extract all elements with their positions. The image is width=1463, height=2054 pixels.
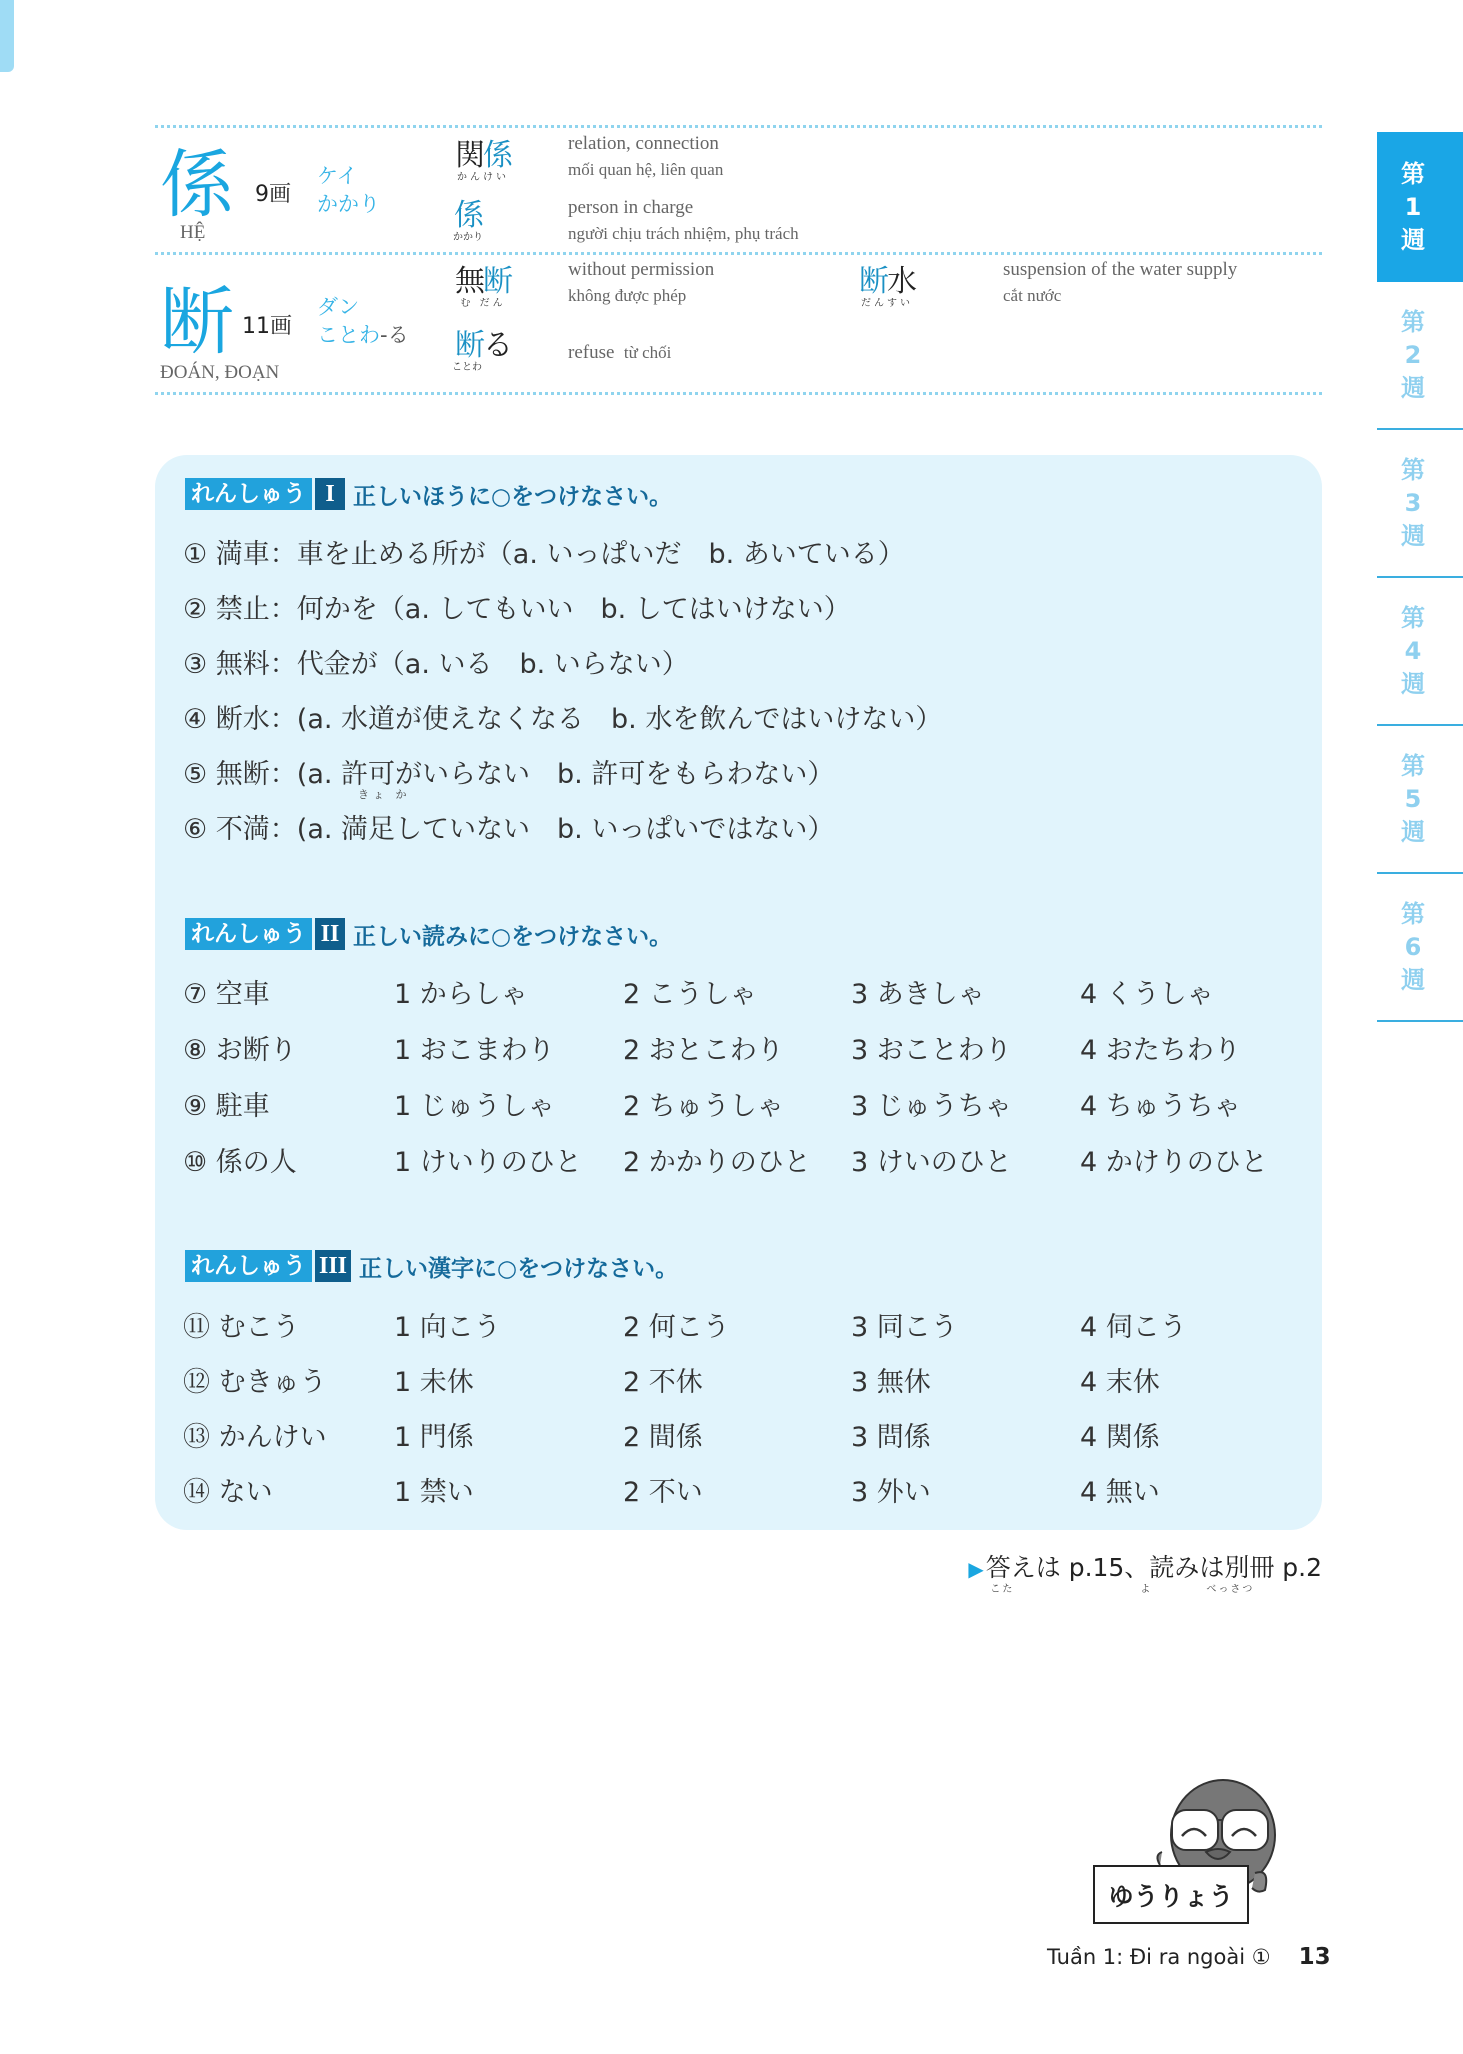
option[interactable]: 2 かかりのひと (623, 1140, 811, 1179)
option[interactable]: 2 間係 (623, 1415, 703, 1454)
renshuu-badge: れんしゅう (185, 918, 312, 950)
option[interactable]: 1 未休 (394, 1360, 474, 1399)
question-row-9: ⑨ 駐車 1 じゅうしゃ 2 ちゅうしゃ 3 じゅうちゃ 4 ちゅうちゃ (183, 1084, 1303, 1124)
kun-reading: かかり (317, 190, 380, 218)
option[interactable]: 3 けいのひと (851, 1140, 1012, 1179)
question-label: ⑨ 駐車 (183, 1084, 270, 1123)
option[interactable]: 2 不い (623, 1470, 703, 1509)
ruby: だんすい (852, 298, 922, 310)
on-reading: ダン (317, 293, 409, 321)
question-row-7: ⑦ 空車 1 からしゃ 2 こうしゃ 3 あきしゃ 4 くうしゃ (183, 972, 1303, 1012)
question-row-8: ⑧ お断り 1 おこまわり 2 おとこわり 3 おことわり 4 おたちわり (183, 1028, 1303, 1068)
dotted-divider (155, 392, 1322, 395)
option[interactable]: 3 外い (851, 1470, 931, 1509)
section-header-1: れんしゅう I 正しいほうに○をつけなさい。 (185, 478, 672, 510)
question-label: ⑦ 空車 (183, 972, 270, 1011)
option[interactable]: 4 伺こう (1080, 1305, 1187, 1344)
question-row-13: ⑬ かんけい 1 門係 2 間係 3 問係 4 関係 (183, 1415, 1303, 1455)
option[interactable]: 2 ちゅうしゃ (623, 1084, 784, 1123)
vocab-gloss: refuse từ chối (568, 340, 671, 366)
option[interactable]: 3 同こう (851, 1305, 958, 1344)
page-footer: Tuần 1: Đi ra ngoài ①13 (1047, 1944, 1331, 1970)
vocab-gloss: person in charge người chịu trách nhiệm,… (568, 195, 799, 247)
option[interactable]: 2 おとこわり (623, 1028, 784, 1067)
question-row-14: ⑭ ない 1 禁い 2 不い 3 外い 4 無い (183, 1470, 1303, 1510)
tab-week-2[interactable]: 第 2 週 (1377, 282, 1463, 430)
roman-numeral-badge: I (315, 478, 345, 510)
option[interactable]: 3 無休 (851, 1360, 931, 1399)
question-row-12: ⑫ むきゅう 1 未休 2 不休 3 無休 4 末休 (183, 1360, 1303, 1400)
dotted-divider (155, 125, 1322, 128)
mascot-sign: ゆうりょう (1093, 1865, 1249, 1924)
vocab-gloss: relation, connection mối quan hệ, liên q… (568, 131, 723, 183)
stroke-count: 11画 (242, 309, 292, 340)
option[interactable]: 4 ちゅうちゃ (1080, 1084, 1241, 1123)
option[interactable]: 4 末休 (1080, 1360, 1160, 1399)
roman-numeral-badge: III (315, 1250, 351, 1282)
question-label: ⑧ お断り (183, 1028, 297, 1067)
on-reading: ケイ (317, 162, 380, 190)
triangle-right-icon: ▶ (968, 1557, 983, 1581)
hanviet-reading: HỆ (180, 222, 205, 244)
tab-week-3[interactable]: 第 3 週 (1377, 430, 1463, 578)
option[interactable]: 2 何こう (623, 1305, 730, 1344)
question-row-10: ⑩ 係の人 1 けいりのひと 2 かかりのひと 3 けいのひと 4 かけりのひと (183, 1140, 1303, 1180)
ruby: ことわ (448, 362, 518, 374)
question-5[interactable]: ⑤ 無断：(a. 許可がいらない b. 許可をもらわない） (183, 752, 834, 791)
section-header-2: れんしゅう II 正しい読みに○をつけなさい。 (185, 918, 672, 950)
option[interactable]: 4 おたちわり (1080, 1028, 1241, 1067)
option[interactable]: 3 あきしゃ (851, 972, 985, 1011)
kanji-readings: ケイ かかり (317, 162, 380, 218)
roman-numeral-badge: II (315, 918, 345, 950)
question-row-11: ⑪ むこう 1 向こう 2 何こう 3 同こう 4 伺こう (183, 1305, 1303, 1345)
week-tabs: 第 1 週 第 2 週 第 3 週 第 4 週 第 5 週 第 6 週 (1377, 132, 1463, 1022)
hanviet-reading: ĐOÁN, ĐOẠN (160, 362, 279, 384)
option[interactable]: 3 おことわり (851, 1028, 1012, 1067)
option[interactable]: 1 けいりのひと (394, 1140, 582, 1179)
ruby-yo: よ (1140, 1580, 1152, 1595)
ruby-bessatsu: べっさつ (1206, 1580, 1254, 1595)
option[interactable]: 2 こうしゃ (623, 972, 757, 1011)
option[interactable]: 4 関係 (1080, 1415, 1160, 1454)
ruby: かかり (448, 232, 488, 244)
ruby-kotae: こた (990, 1580, 1014, 1595)
question-3[interactable]: ③ 無料：代金が（a. いる b. いらない） (183, 642, 689, 681)
chapter-title: Tuần 1: Đi ra ngoài ① (1047, 1945, 1271, 1969)
option[interactable]: 4 無い (1080, 1470, 1160, 1509)
vocab-word: 関係 かんけい (448, 140, 518, 184)
question-6[interactable]: ⑥ 不満：(a. 満足していない b. いっぱいではない） (183, 807, 834, 846)
question-label: ⑪ むこう (183, 1305, 300, 1344)
instruction: 正しい読みに○をつけなさい。 (353, 918, 672, 951)
renshuu-badge: れんしゅう (185, 478, 312, 510)
option[interactable]: 3 問係 (851, 1415, 931, 1454)
vocab-gloss: suspension of the water supply cắt nước (1003, 257, 1237, 309)
ruby: む だん (448, 298, 518, 310)
tab-week-6[interactable]: 第 6 週 (1377, 874, 1463, 1022)
ruby: かんけい (448, 172, 518, 184)
big-kanji: 断 (160, 285, 234, 359)
question-label: ⑩ 係の人 (183, 1140, 297, 1179)
vocab-gloss: without permission không được phép (568, 257, 714, 309)
stroke-count: 9画 (255, 177, 291, 208)
tab-week-4[interactable]: 第 4 週 (1377, 578, 1463, 726)
option[interactable]: 4 くうしゃ (1080, 972, 1214, 1011)
option[interactable]: 2 不休 (623, 1360, 703, 1399)
vocab-word: 断る ことわ (448, 330, 518, 374)
instruction: 正しいほうに○をつけなさい。 (353, 478, 672, 511)
option[interactable]: 4 かけりのひと (1080, 1140, 1268, 1179)
question-label: ⑫ むきゅう (183, 1360, 327, 1399)
option[interactable]: 1 向こう (394, 1305, 501, 1344)
tab-week-1[interactable]: 第 1 週 (1377, 132, 1463, 282)
vocab-word: 係 かかり (448, 200, 488, 244)
question-2[interactable]: ② 禁止：何かを（a. してもいい b. してはいけない） (183, 587, 851, 626)
tab-week-5[interactable]: 第 5 週 (1377, 726, 1463, 874)
corner-decoration (0, 0, 14, 72)
answer-reference[interactable]: ▶答えは p.15、読みは別冊 p.2 こた よ べっさつ (968, 1548, 1322, 1584)
furigana-kyoka: きょ か (358, 786, 411, 802)
vocab-word: 無断 む だん (448, 266, 518, 310)
kanji-readings: ダン ことわ-る (317, 293, 409, 349)
page-number: 13 (1299, 1944, 1331, 1970)
dotted-divider (155, 252, 1322, 255)
option[interactable]: 3 じゅうちゃ (851, 1084, 1012, 1123)
option[interactable]: 1 門係 (394, 1415, 474, 1454)
option[interactable]: 1 禁い (394, 1470, 474, 1509)
option[interactable]: 1 おこまわり (394, 1028, 555, 1067)
big-kanji: 係 (160, 148, 234, 222)
question-4[interactable]: ④ 断水：(a. 水道が使えなくなる b. 水を飲んではいけない） (183, 697, 942, 736)
option[interactable]: 1 じゅうしゃ (394, 1084, 555, 1123)
renshuu-badge: れんしゅう (185, 1250, 312, 1282)
question-label: ⑭ ない (183, 1470, 273, 1509)
section-header-3: れんしゅう III 正しい漢字に○をつけなさい。 (185, 1250, 678, 1282)
question-label: ⑬ かんけい (183, 1415, 327, 1454)
instruction: 正しい漢字に○をつけなさい。 (359, 1250, 678, 1283)
kun-reading: ことわ-る (317, 321, 409, 349)
vocab-word: 断水 だんすい (852, 266, 922, 310)
question-1[interactable]: ① 満車：車を止める所が（a. いっぱいだ b. あいている） (183, 532, 905, 571)
option[interactable]: 1 からしゃ (394, 972, 528, 1011)
